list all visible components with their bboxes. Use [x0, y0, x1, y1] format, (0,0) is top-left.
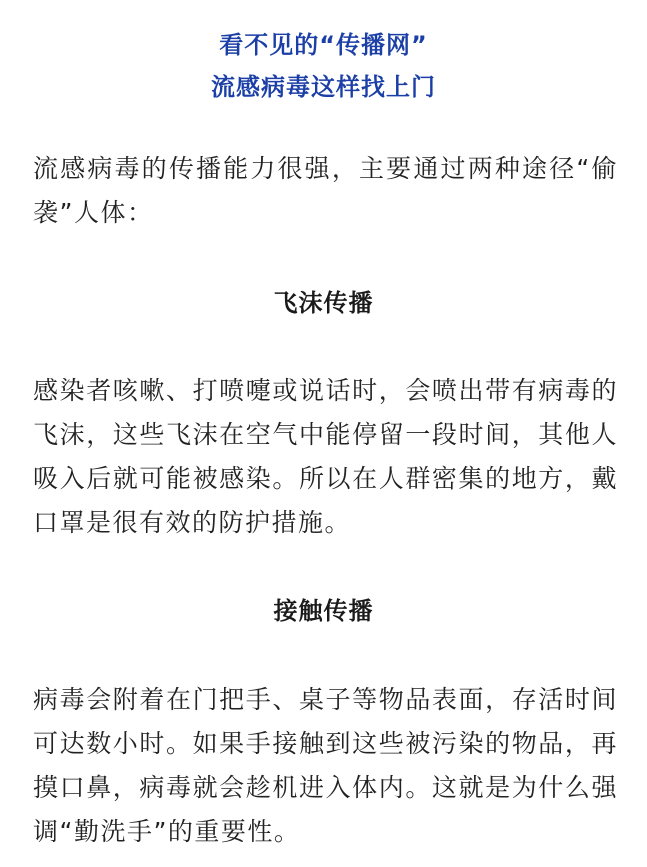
intro-paragraph: 流感病毒的传播能力很强，主要通过两种途径“偷袭”人体：: [33, 147, 618, 235]
title-line-2: 流感病毒这样找上门: [0, 66, 647, 108]
section-body-contact: 病毒会附着在门把手、桌子等物品表面，存活时间可达数小时。如果手接触到这些被污染的…: [33, 678, 618, 854]
section-heading-contact: 接触传播: [0, 593, 647, 629]
article-title: 看不见的“传播网” 流感病毒这样找上门: [0, 24, 647, 108]
title-line-1: 看不见的“传播网”: [0, 24, 647, 66]
section-body-droplet: 感染者咳嗽、打喷嚏或说话时，会喷出带有病毒的飞沫，这些飞沫在空气中能停留一段时间…: [33, 369, 618, 545]
section-heading-droplet: 飞沫传播: [0, 285, 647, 321]
